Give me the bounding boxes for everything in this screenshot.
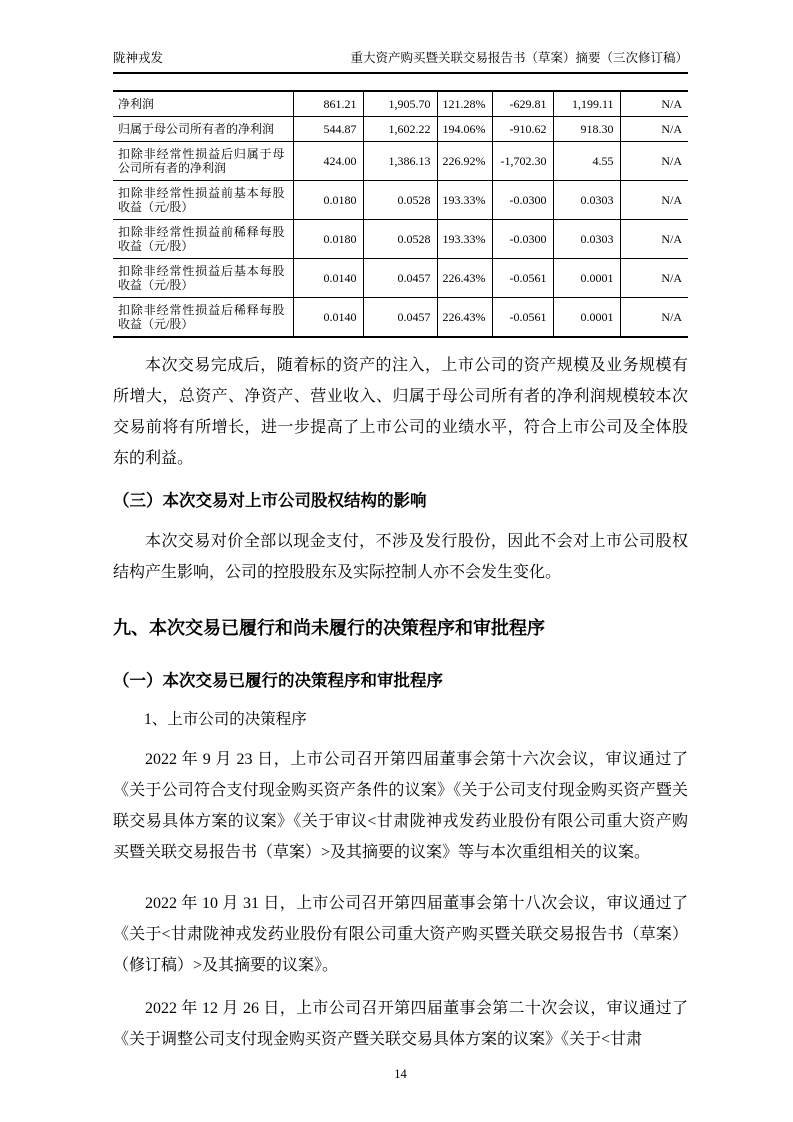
cell-value: N/A bbox=[620, 298, 688, 338]
cell-value: 194.06% bbox=[437, 117, 492, 142]
cell-value: 544.87 bbox=[293, 117, 363, 142]
table-row: 扣除非经常性损益前基本每股收益（元/股） 0.0180 0.0528 193.3… bbox=[113, 181, 688, 220]
row-label: 扣除非经常性损益后基本每股收益（元/股） bbox=[113, 259, 293, 298]
row-label: 净利润 bbox=[113, 91, 293, 117]
paragraph-transaction-effect: 本次交易完成后，随着标的资产的注入，上市公司的资产规模及业务规模有所增大，总资产… bbox=[113, 350, 688, 474]
cell-value: 0.0457 bbox=[363, 298, 437, 338]
cell-value: 0.0140 bbox=[293, 259, 363, 298]
cell-value: 1,905.70 bbox=[363, 91, 437, 117]
paragraph-board-meeting-16: 2022 年 9 月 23 日，上市公司召开第四届董事会第十六次会议，审议通过了… bbox=[113, 744, 688, 868]
cell-value: 1,199.11 bbox=[553, 91, 620, 117]
page-number: 14 bbox=[113, 1067, 688, 1082]
cell-value: 0.0528 bbox=[363, 181, 437, 220]
table-row: 净利润 861.21 1,905.70 121.28% -629.81 1,19… bbox=[113, 91, 688, 117]
cell-value: 424.00 bbox=[293, 142, 363, 181]
cell-value: N/A bbox=[620, 91, 688, 117]
cell-value: 1,386.13 bbox=[363, 142, 437, 181]
heading-section-9-1: （一）本次交易已履行的决策程序和审批程序 bbox=[113, 670, 688, 692]
page-header: 陇神戎发 重大资产购买暨关联交易报告书（草案）摘要（三次修订稿） bbox=[113, 50, 688, 74]
cell-value: 226.92% bbox=[437, 142, 492, 181]
cell-value: 193.33% bbox=[437, 220, 492, 259]
cell-value: 0.0457 bbox=[363, 259, 437, 298]
cell-value: -1,702.30 bbox=[492, 142, 553, 181]
row-label: 归属于母公司所有者的净利润 bbox=[113, 117, 293, 142]
cell-value: 0.0528 bbox=[363, 220, 437, 259]
cell-value: -629.81 bbox=[492, 91, 553, 117]
header-report-title: 重大资产购买暨关联交易报告书（草案）摘要（三次修订稿） bbox=[350, 50, 688, 67]
cell-value: -910.62 bbox=[492, 117, 553, 142]
sub-item-decision-procedure: 1、上市公司的决策程序 bbox=[113, 710, 688, 730]
paragraph-board-meeting-20: 2022 年 12 月 26 日，上市公司召开第四届董事会第二十次会议，审议通过… bbox=[113, 993, 688, 1055]
cell-value: 0.0180 bbox=[293, 181, 363, 220]
header-company-name: 陇神戎发 bbox=[113, 50, 163, 67]
cell-value: N/A bbox=[620, 220, 688, 259]
cell-value: 226.43% bbox=[437, 259, 492, 298]
cell-value: -0.0561 bbox=[492, 298, 553, 338]
cell-value: N/A bbox=[620, 117, 688, 142]
heading-section-9: 九、本次交易已履行和尚未履行的决策程序和审批程序 bbox=[113, 616, 688, 640]
table-row: 归属于母公司所有者的净利润 544.87 1,602.22 194.06% -9… bbox=[113, 117, 688, 142]
cell-value: 0.0303 bbox=[553, 181, 620, 220]
cell-value: 0.0001 bbox=[553, 259, 620, 298]
paragraph-board-meeting-18: 2022 年 10 月 31 日，上市公司召开第四届董事会第十八次会议，审议通过… bbox=[113, 888, 688, 981]
row-label: 扣除非经常性损益后归属于母公司所有者的净利润 bbox=[113, 142, 293, 181]
table-row: 扣除非经常性损益后归属于母公司所有者的净利润 424.00 1,386.13 2… bbox=[113, 142, 688, 181]
row-label: 扣除非经常性损益后稀释每股收益（元/股） bbox=[113, 298, 293, 338]
cell-value: 0.0303 bbox=[553, 220, 620, 259]
table-row: 扣除非经常性损益后稀释每股收益（元/股） 0.0140 0.0457 226.4… bbox=[113, 298, 688, 338]
heading-section-3: （三）本次交易对上市公司股权结构的影响 bbox=[113, 490, 688, 512]
table-row: 扣除非经常性损益前稀释每股收益（元/股） 0.0180 0.0528 193.3… bbox=[113, 220, 688, 259]
cell-value: 0.0180 bbox=[293, 220, 363, 259]
cell-value: 0.0140 bbox=[293, 298, 363, 338]
cell-value: 4.55 bbox=[553, 142, 620, 181]
cell-value: 121.28% bbox=[437, 91, 492, 117]
cell-value: 0.0001 bbox=[553, 298, 620, 338]
cell-value: 918.30 bbox=[553, 117, 620, 142]
cell-value: -0.0561 bbox=[492, 259, 553, 298]
row-label: 扣除非经常性损益前基本每股收益（元/股） bbox=[113, 181, 293, 220]
cell-value: 1,602.22 bbox=[363, 117, 437, 142]
table-row: 扣除非经常性损益后基本每股收益（元/股） 0.0140 0.0457 226.4… bbox=[113, 259, 688, 298]
paragraph-equity-structure: 本次交易对价全部以现金支付，不涉及发行股份，因此不会对上市公司股权结构产生影响，… bbox=[113, 526, 688, 588]
document-page: 陇神戎发 重大资产购买暨关联交易报告书（草案）摘要（三次修订稿） 净利润 861… bbox=[0, 0, 793, 1122]
cell-value: 193.33% bbox=[437, 181, 492, 220]
row-label: 扣除非经常性损益前稀释每股收益（元/股） bbox=[113, 220, 293, 259]
cell-value: -0.0300 bbox=[492, 181, 553, 220]
cell-value: -0.0300 bbox=[492, 220, 553, 259]
financial-indicators-table: 净利润 861.21 1,905.70 121.28% -629.81 1,19… bbox=[113, 90, 688, 338]
cell-value: N/A bbox=[620, 142, 688, 181]
cell-value: N/A bbox=[620, 259, 688, 298]
cell-value: N/A bbox=[620, 181, 688, 220]
cell-value: 226.43% bbox=[437, 298, 492, 338]
cell-value: 861.21 bbox=[293, 91, 363, 117]
